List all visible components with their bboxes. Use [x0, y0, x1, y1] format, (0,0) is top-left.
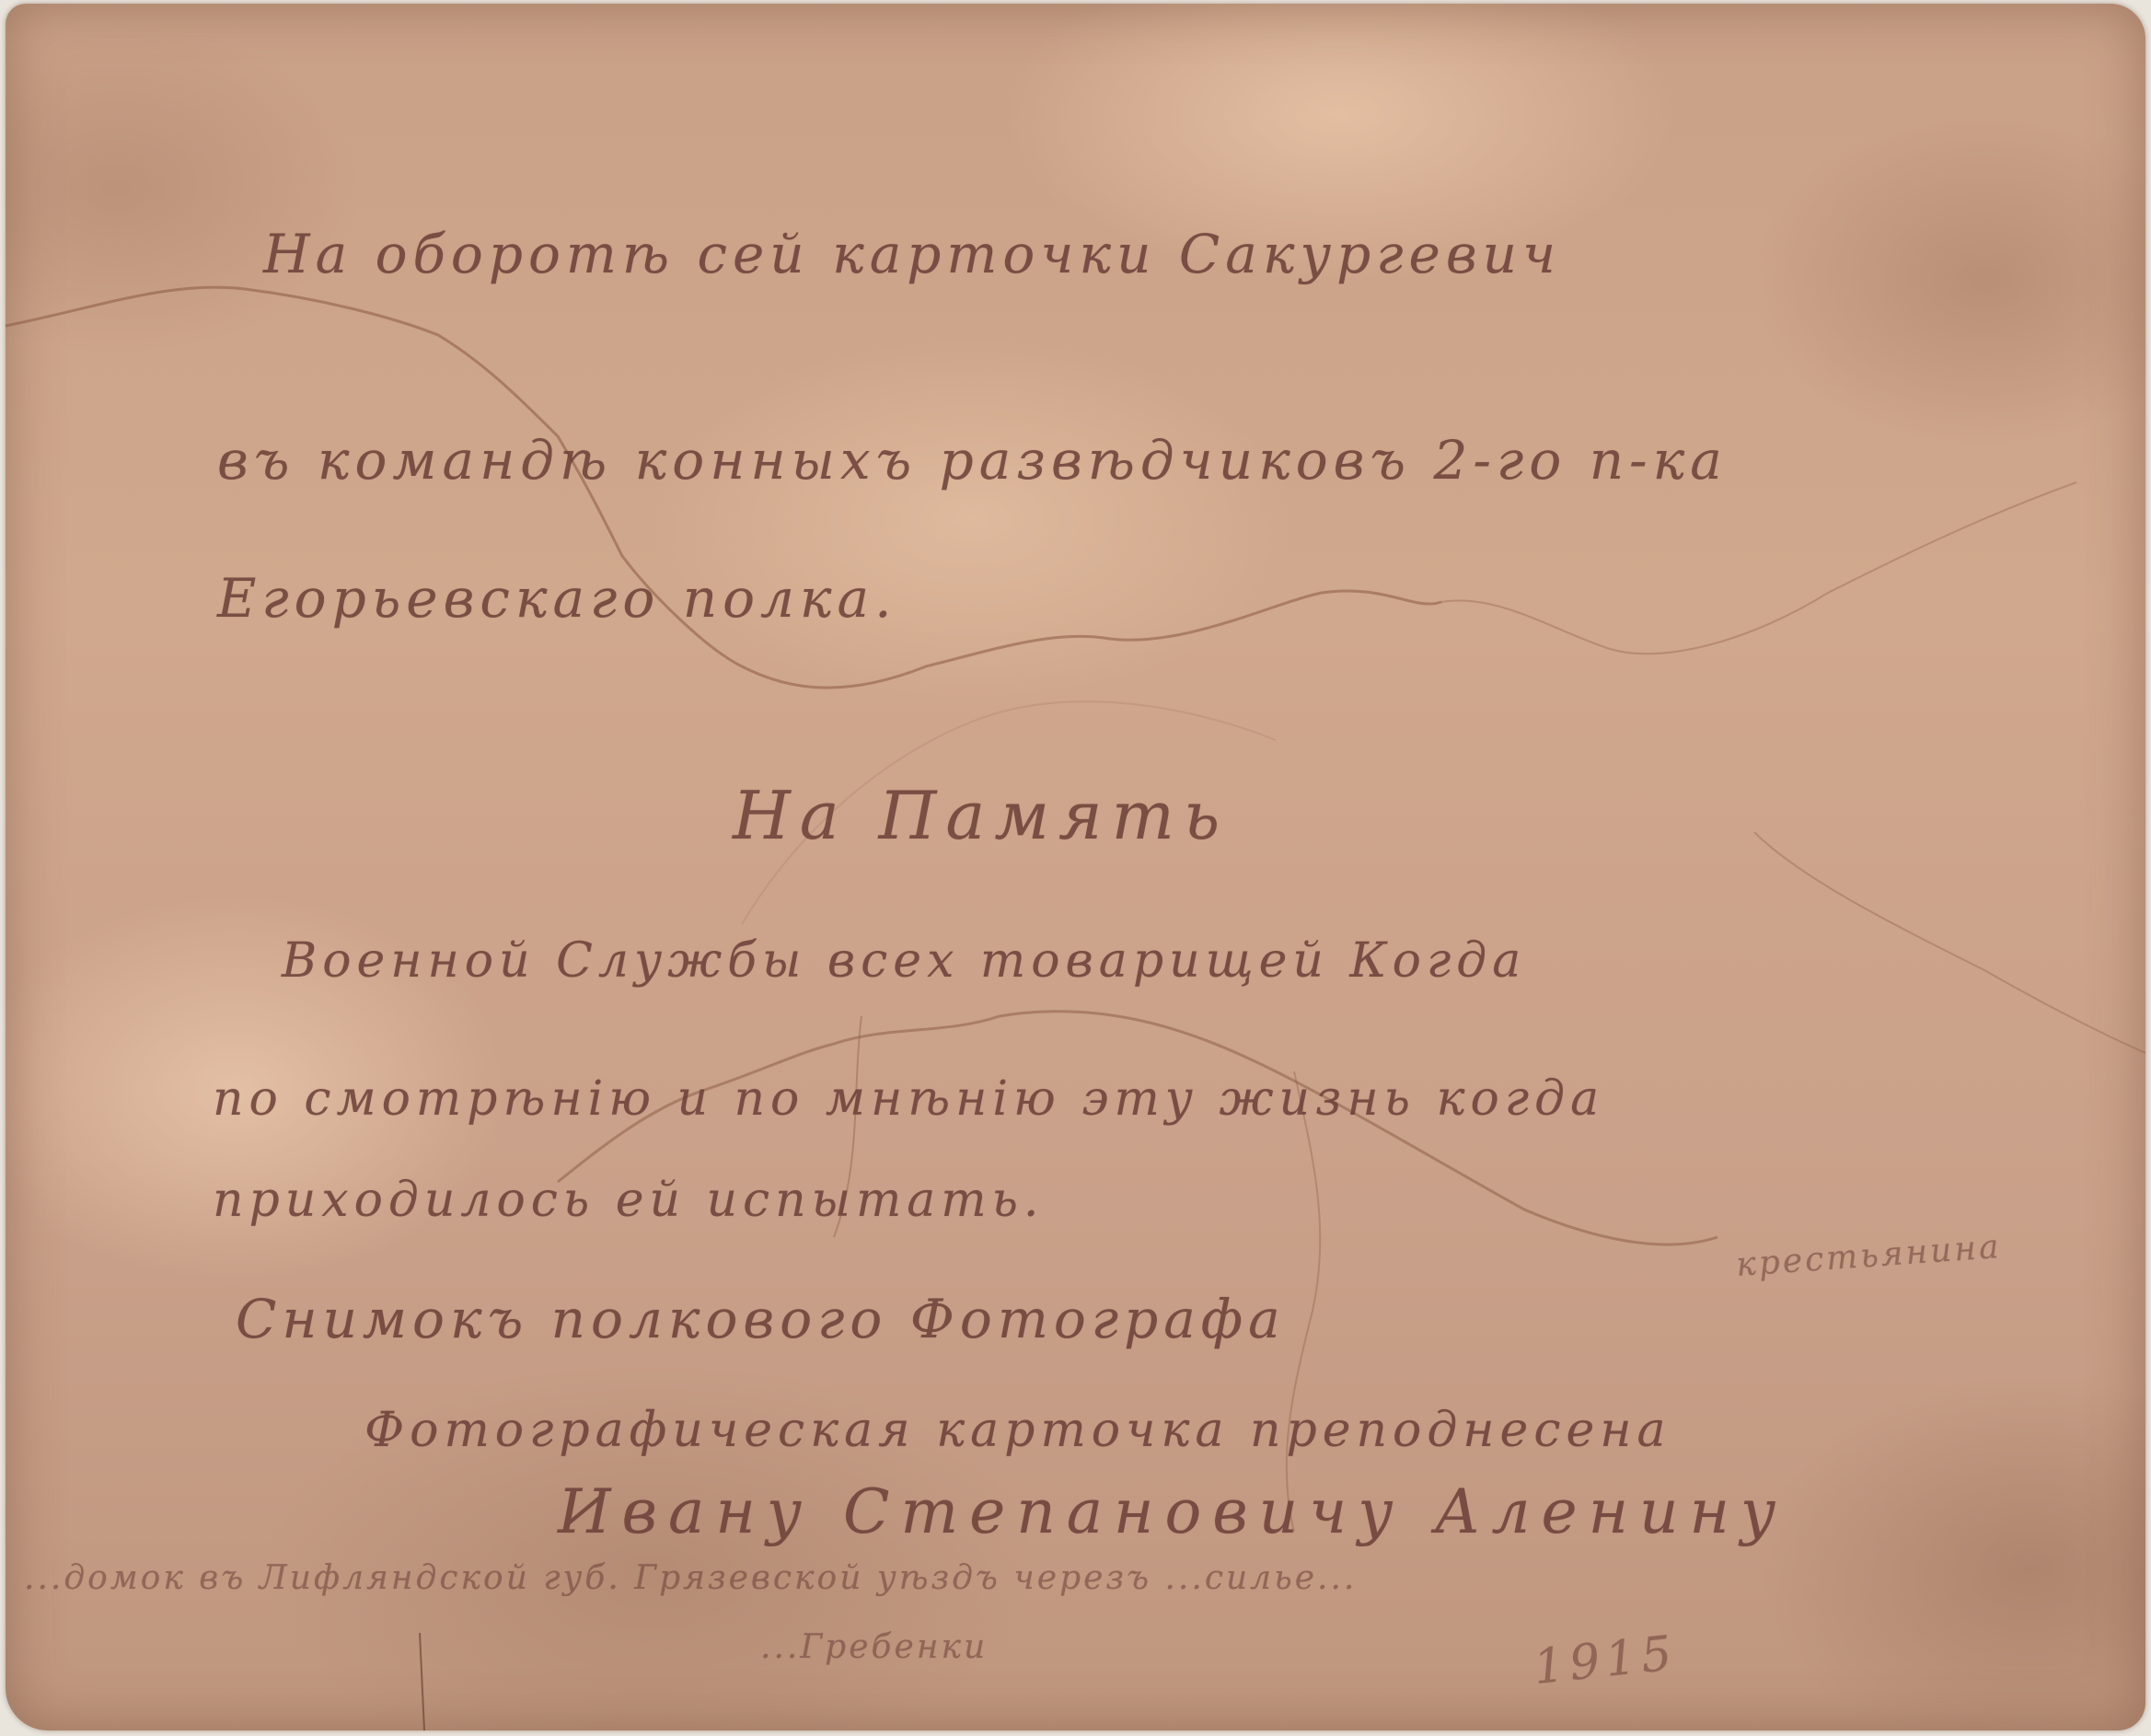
photo-card-reverse: На оборотѣ сей карточки Сакургевич въ ко… — [6, 4, 2145, 1730]
handwritten-line-6: по смотрѣнію и по мнѣнію эту жизнь когда — [213, 1071, 1604, 1127]
handwritten-line-8b: крестьянина — [1735, 1228, 2003, 1284]
handwritten-line-7: приходилось ей испытать. — [213, 1173, 1044, 1228]
handwritten-line-8: Снимокъ полкового Фотографа — [236, 1288, 1286, 1350]
handwritten-year: 1915 — [1531, 1626, 1680, 1695]
handwritten-line-9: Фотографическая карточка преподнесена — [364, 1403, 1671, 1458]
handwritten-line-2: въ командѣ конныхъ развѣдчиковъ 2-го п-к… — [217, 429, 1728, 492]
handwritten-line-11: ...домок въ Лифляндской губ. Грязевской … — [24, 1559, 1357, 1597]
handwritten-line-3: Егорьевскаго полка. — [217, 567, 897, 630]
handwritten-line-12: ...Гребенки — [760, 1628, 988, 1666]
handwritten-line-5: Военной Службы всех товарищей Когда — [282, 933, 1526, 989]
handwritten-recipient-name: Ивану Степановичу Аленину — [558, 1476, 1787, 1547]
handwritten-line-1: На оборотѣ сей карточки Сакургевич — [263, 223, 1561, 285]
handwritten-heading: На Память — [733, 777, 1229, 854]
